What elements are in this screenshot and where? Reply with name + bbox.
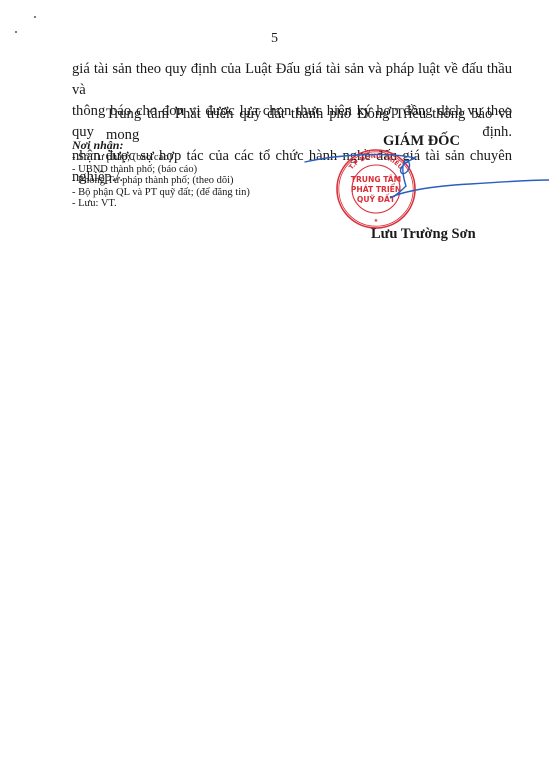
recipients-title: Nơi nhận: xyxy=(72,138,250,152)
page-number: 5 xyxy=(0,31,549,47)
scan-speck xyxy=(34,16,36,18)
recipients-list: Nơi nhận: - Sở Tư pháp; (báo cáo) - UBND… xyxy=(72,138,250,210)
signer-name: Lưu Trường Sơn xyxy=(371,226,476,243)
signature-icon xyxy=(300,150,549,220)
recipient-item: - Phòng Tư pháp thành phố; (theo dõi) xyxy=(72,175,250,187)
recipient-item: - Lưu: VT. xyxy=(72,198,250,210)
paragraph-line: giá tài sản theo quy định của Luật Đấu g… xyxy=(72,59,512,101)
recipient-item: - Bộ phận QL và PT quỹ đất; (để đăng tin… xyxy=(72,187,250,199)
recipient-item: - Sở Tư pháp; (báo cáo) xyxy=(72,152,250,164)
recipient-item: - UBND thành phố; (báo cáo) xyxy=(72,164,250,176)
